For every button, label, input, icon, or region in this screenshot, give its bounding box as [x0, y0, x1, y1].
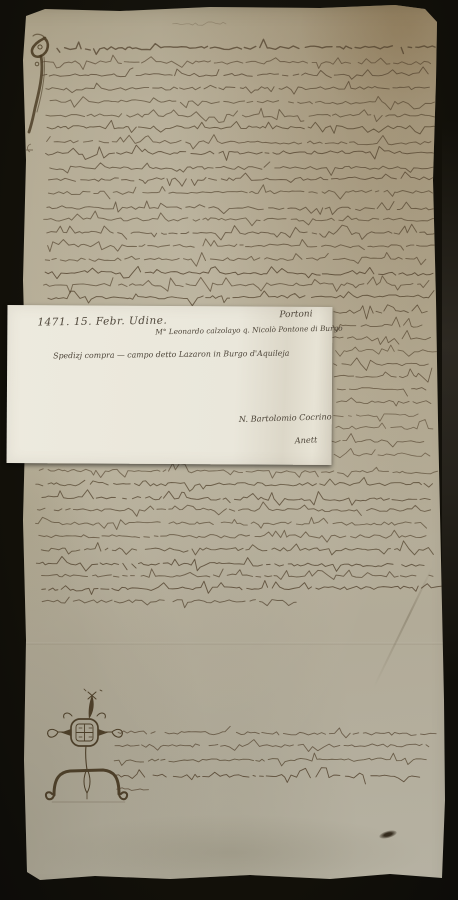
handwriting-line [42, 67, 428, 80]
handwriting-line [48, 289, 434, 306]
handwriting-line [117, 788, 154, 791]
handwriting-line [44, 211, 436, 226]
handwriting-line [334, 358, 429, 371]
illuminated-initial [29, 34, 48, 132]
handwriting-line [48, 172, 433, 187]
handwriting-line [50, 95, 435, 110]
handwriting-line [114, 753, 426, 767]
handwriting-line [42, 569, 433, 580]
handwriting-line [36, 517, 427, 529]
handwriting-line [46, 81, 430, 94]
photo-background: Portoni 1471. 15. Febr. Udine. M° Leonar… [0, 0, 458, 900]
archival-slip: Portoni 1471. 15. Febr. Udine. M° Leonar… [7, 305, 333, 465]
handwriting-line [46, 108, 435, 123]
handwriting-line [47, 134, 431, 150]
handwriting-line [42, 580, 443, 595]
handwriting-line [47, 200, 436, 215]
handwriting-line [45, 266, 433, 281]
handwriting-line [337, 398, 431, 407]
handwriting-line [334, 414, 418, 422]
handwriting-line [331, 330, 431, 344]
handwriting-line [48, 184, 432, 200]
handwriting-line [36, 477, 433, 491]
slip-name-top-right: Portoni [279, 309, 312, 320]
handwriting-line [115, 767, 419, 784]
handwriting-line [46, 144, 439, 161]
handwriting-line [334, 305, 427, 320]
handwriting-line [331, 317, 425, 332]
handwriting-line [115, 739, 433, 751]
handwriting-line [47, 224, 439, 240]
handwriting-line [118, 726, 436, 739]
slip-bottom-note: Anett [294, 434, 317, 445]
handwriting-line [47, 120, 439, 134]
handwriting-line [42, 597, 296, 608]
handwriting-line [50, 162, 436, 176]
handwriting-line [39, 530, 426, 543]
handwriting-line [42, 490, 430, 507]
handwriting-line [334, 448, 430, 458]
handwriting-line [44, 276, 429, 293]
handwriting-line [331, 434, 424, 447]
handwriting-line [334, 368, 432, 382]
handwriting-line [42, 55, 434, 70]
handwriting-line [45, 252, 430, 267]
handwriting-line [336, 419, 433, 429]
handwriting-line [41, 541, 433, 556]
background-light-band [442, 120, 458, 680]
slip-notary-name: N. Bartolomio Cocrino [239, 411, 332, 424]
handwriting-line [57, 39, 435, 55]
slip-date: 1471. 15. Febr. Udine. [37, 315, 167, 329]
handwriting-line [37, 502, 430, 517]
handwriting-line [173, 22, 226, 25]
handwriting-line [337, 388, 426, 397]
slip-party-line: M° Leonardo calzolayo q. Nicolò Pontone … [155, 324, 342, 337]
handwriting-line [36, 556, 424, 573]
margin-mark [26, 144, 33, 152]
slip-subject-line: Spedizj compra — campo detto Lazaron in … [53, 349, 289, 361]
handwriting-line [48, 239, 436, 252]
handwriting-line [39, 462, 437, 479]
handwriting-line [336, 345, 438, 357]
